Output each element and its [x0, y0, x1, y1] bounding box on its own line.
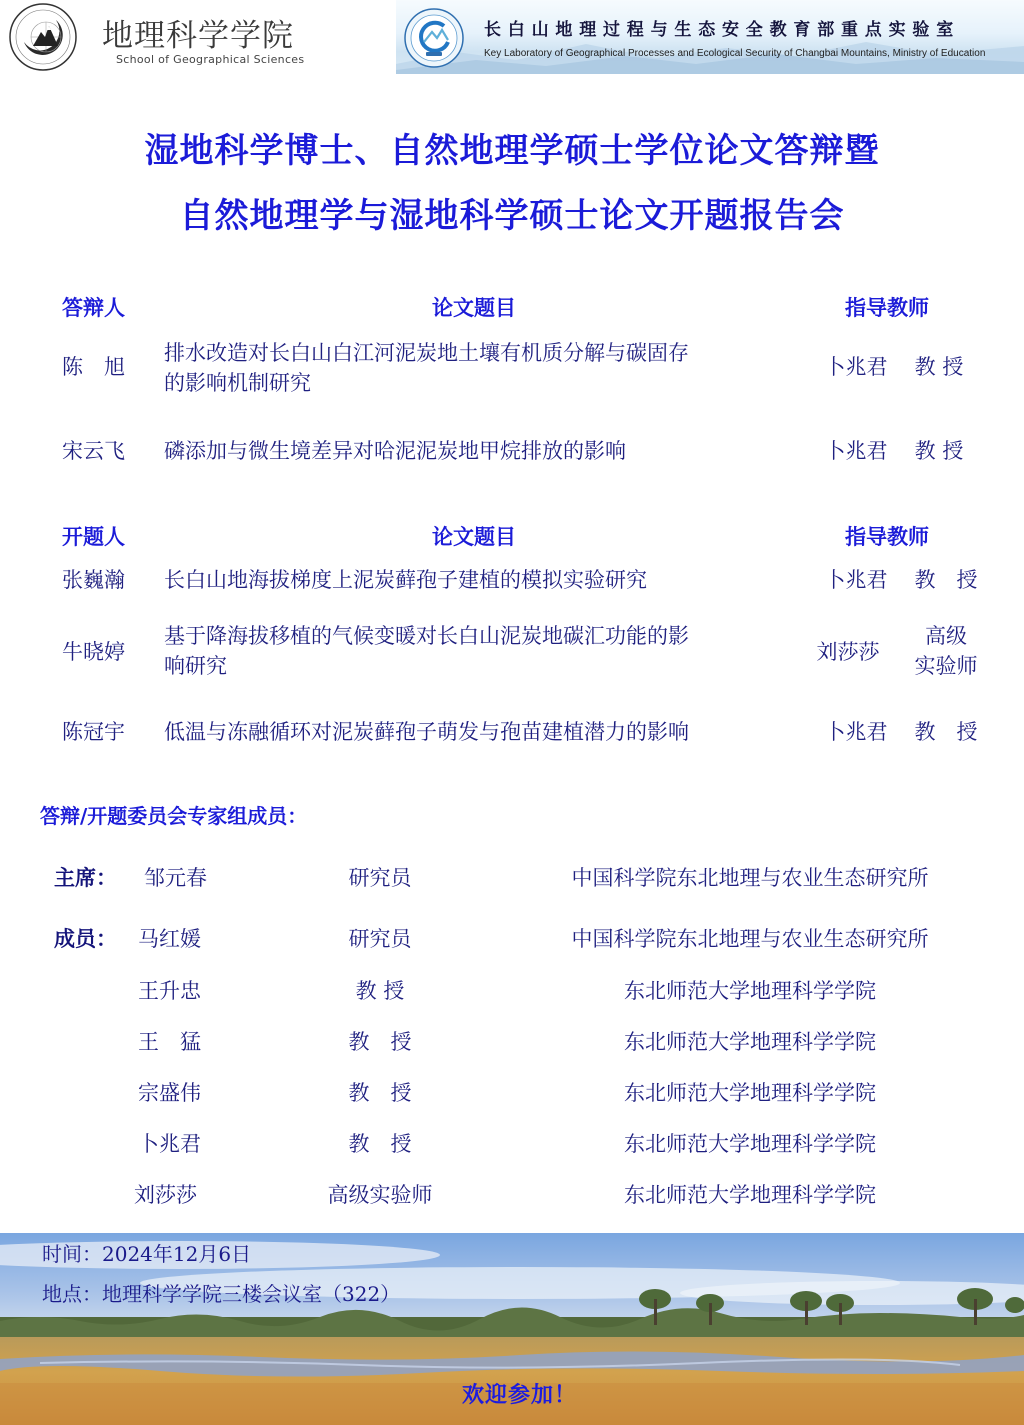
school-emblem-icon: [6, 2, 82, 72]
advisor-rank: 教 授: [894, 352, 984, 382]
advisor-name: 卜兆君: [816, 565, 896, 595]
page-title-line-1: 湿地科学博士、自然地理学硕士学位论文答辩暨: [0, 123, 1024, 172]
committee-member-row: 刘莎莎 高级实验师 东北师范大学地理科学学院: [0, 1179, 1024, 1211]
lab-name: 长白山地理过程与生态安全教育部重点实验室: [484, 15, 960, 40]
advisor-name: 卜兆君: [816, 436, 896, 466]
member-title: 研究员: [300, 862, 460, 892]
proposer-name: 张巍瀚: [62, 565, 152, 595]
advisor-rank: 高级 实验师: [901, 621, 991, 681]
member-name: 马红媛: [138, 923, 228, 953]
member-title: 研究员: [300, 923, 460, 953]
member-title: 高级实验师: [300, 1179, 460, 1209]
member-org: 中国科学院东北地理与农业生态研究所: [530, 862, 970, 892]
event-location: 地点：地理科学学院三楼会议室（322）: [42, 1278, 400, 1307]
member-org: 东北师范大学地理科学学院: [530, 1077, 970, 1107]
thesis-topic-line-1: 排水改造对长白山白江河泥炭地土壤有机质分解与碳固存: [164, 338, 814, 368]
page-header: 地理科学学院 School of Geographical Sciences 长…: [0, 0, 1024, 75]
committee-member-row: 王升忠 教 授 东北师范大学地理科学学院: [0, 975, 1024, 1007]
thesis-topic: 磷添加与微生境差异对哈泥泥炭地甲烷排放的影响: [164, 436, 814, 466]
member-org: 东北师范大学地理科学学院: [530, 1026, 970, 1056]
event-time: 时间：2024年12月6日: [42, 1238, 251, 1267]
committee-title: 答辩/开题委员会专家组成员：: [40, 800, 307, 829]
member-org: 中国科学院东北地理与农业生态研究所: [530, 923, 970, 953]
committee-member-row: 王 猛 教 授 东北师范大学地理科学学院: [0, 1026, 1024, 1058]
member-name: 王升忠: [138, 975, 228, 1005]
defense-header-person: 答辩人: [62, 292, 125, 322]
defense-header-advisor: 指导教师: [845, 292, 929, 322]
member-name: 卜兆君: [138, 1128, 228, 1158]
member-name: 刘莎莎: [134, 1179, 224, 1209]
advisor-rank: 教 授: [901, 565, 991, 595]
lab-emblem-icon: [404, 8, 464, 68]
members-label: 成员：: [54, 923, 117, 953]
advisor-name: 卜兆君: [816, 352, 896, 382]
school-name: 地理科学学院: [102, 10, 294, 55]
advisor-name: 卜兆君: [816, 717, 896, 747]
thesis-topic-line-1: 基于降海拔移植的气候变暖对长白山泥炭地碳汇功能的影: [164, 621, 814, 651]
proposal-header-topic: 论文题目: [432, 521, 516, 551]
member-org: 东北师范大学地理科学学院: [530, 1128, 970, 1158]
committee-chair-row: 主席： 邹元春 研究员 中国科学院东北地理与农业生态研究所: [0, 862, 1024, 894]
member-org: 东北师范大学地理科学学院: [530, 1179, 970, 1209]
lab-name-english: Key Laboratory of Geographical Processes…: [484, 48, 985, 59]
defense-table: 答辩人 论文题目 指导教师 陈 旭 排水改造对长白山白江河泥炭地土壤有机质分解与…: [56, 292, 986, 482]
member-org: 东北师范大学地理科学学院: [530, 975, 970, 1005]
committee-member-row: 宗盛伟 教 授 东北师范大学地理科学学院: [0, 1077, 1024, 1109]
member-title: 教 授: [300, 1128, 460, 1158]
defense-header-topic: 论文题目: [432, 292, 516, 322]
school-name-english: School of Geographical Sciences: [116, 53, 304, 66]
thesis-topic: 长白山地海拔梯度上泥炭藓孢子建植的模拟实验研究: [164, 565, 814, 595]
page-title-line-2: 自然地理学与湿地科学硕士论文开题报告会: [0, 188, 1024, 237]
advisor-rank: 教 授: [901, 717, 991, 747]
thesis-topic: 低温与冻融循环对泥炭藓孢子萌发与孢苗建植潜力的影响: [164, 717, 814, 747]
member-name: 王 猛: [138, 1026, 228, 1056]
advisor-name: 刘莎莎: [808, 637, 888, 667]
proposal-header-person: 开题人: [62, 521, 125, 551]
thesis-topic-line-2: 响研究: [164, 651, 814, 681]
thesis-topic: 基于降海拔移植的气候变暖对长白山泥炭地碳汇功能的影 响研究: [164, 621, 814, 681]
defender-name: 陈 旭: [62, 352, 152, 382]
proposer-name: 牛晓婷: [62, 637, 152, 667]
proposer-name: 陈冠宇: [62, 717, 152, 747]
committee-member-row: 卜兆君 教 授 东北师范大学地理科学学院: [0, 1128, 1024, 1160]
member-name: 宗盛伟: [138, 1077, 228, 1107]
committee-member-row: 成员： 马红媛 研究员 中国科学院东北地理与农业生态研究所: [0, 923, 1024, 955]
thesis-topic: 排水改造对长白山白江河泥炭地土壤有机质分解与碳固存 的影响机制研究: [164, 338, 814, 398]
proposal-header-advisor: 指导教师: [845, 521, 929, 551]
member-title: 教 授: [300, 1026, 460, 1056]
welcome-message: 欢迎参加！: [462, 1378, 577, 1409]
defender-name: 宋云飞: [62, 436, 152, 466]
member-name: 邹元春: [144, 862, 234, 892]
chair-label: 主席：: [54, 862, 117, 892]
member-title: 教 授: [300, 975, 460, 1005]
lab-banner: 长白山地理过程与生态安全教育部重点实验室 Key Laboratory of G…: [396, 0, 1024, 74]
advisor-rank-line-1: 高级: [901, 621, 991, 651]
advisor-rank-line-2: 实验师: [901, 651, 991, 681]
thesis-topic-line-2: 的影响机制研究: [164, 368, 814, 398]
proposal-table: 开题人 论文题目 指导教师 张巍瀚 长白山地海拔梯度上泥炭藓孢子建植的模拟实验研…: [56, 521, 986, 751]
member-title: 教 授: [300, 1077, 460, 1107]
advisor-rank: 教 授: [894, 436, 984, 466]
